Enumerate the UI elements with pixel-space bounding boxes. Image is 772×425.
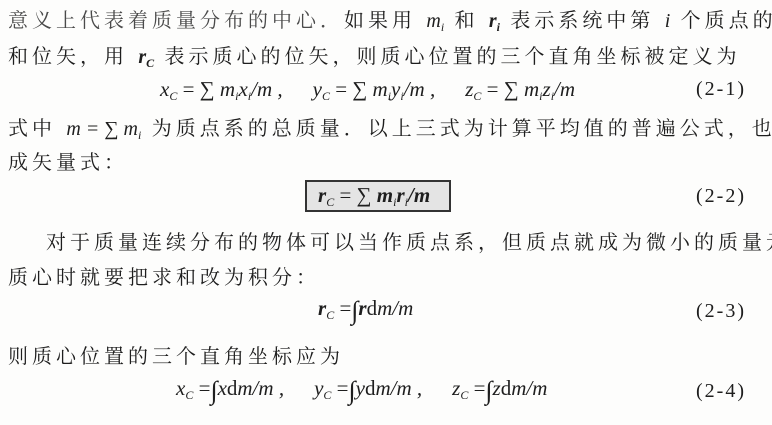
equation-2-4: xC =∫xdm/m ,yC =∫ydm/m ,zC =∫zdm/m: [176, 376, 547, 406]
equation-number-2-4: (2-4): [696, 380, 746, 403]
text-line-5: 对于质量连续分布的物体可以当作质点系，但质点就成为微小的质量元，求: [46, 226, 772, 255]
equation-number-2-2: (2-2): [696, 185, 746, 208]
equation-number-2-1: (2-1): [696, 78, 746, 101]
text-line-1: 意义上代表着质量分布的中心．如果用 mi 和 ri 表示系统中第 i 个质点的质…: [8, 4, 772, 35]
equation-number-2-3: (2-3): [696, 300, 746, 323]
math-m-i: mi: [426, 10, 444, 32]
text-line-6: 质心时就要把求和改为积分：: [8, 261, 320, 290]
equation-2-1: xC = ∑ mixi/m ,yC = ∑ miyi/m ,zC = ∑ miz…: [160, 77, 575, 104]
text-line-4: 成矢量式：: [8, 146, 128, 175]
math-r-i: ri: [489, 10, 500, 32]
math-total-mass: m = ∑ mi: [66, 118, 141, 140]
text-line-2: 和位矢，用 rC 表示质心的位矢，则质心位置的三个直角坐标被定义为: [8, 40, 741, 71]
text-line-7: 则质心位置的三个直角坐标应为: [8, 340, 344, 369]
text-line-3: 式中 m = ∑ mi 为质点系的总质量．以上三式为计算平均值的普遍公式，也可写: [8, 112, 772, 143]
equation-2-3: rC =∫rdm/m: [318, 296, 413, 326]
equation-2-2: rC = ∑ miri/m: [318, 183, 430, 210]
math-r-c: rC: [138, 46, 154, 68]
